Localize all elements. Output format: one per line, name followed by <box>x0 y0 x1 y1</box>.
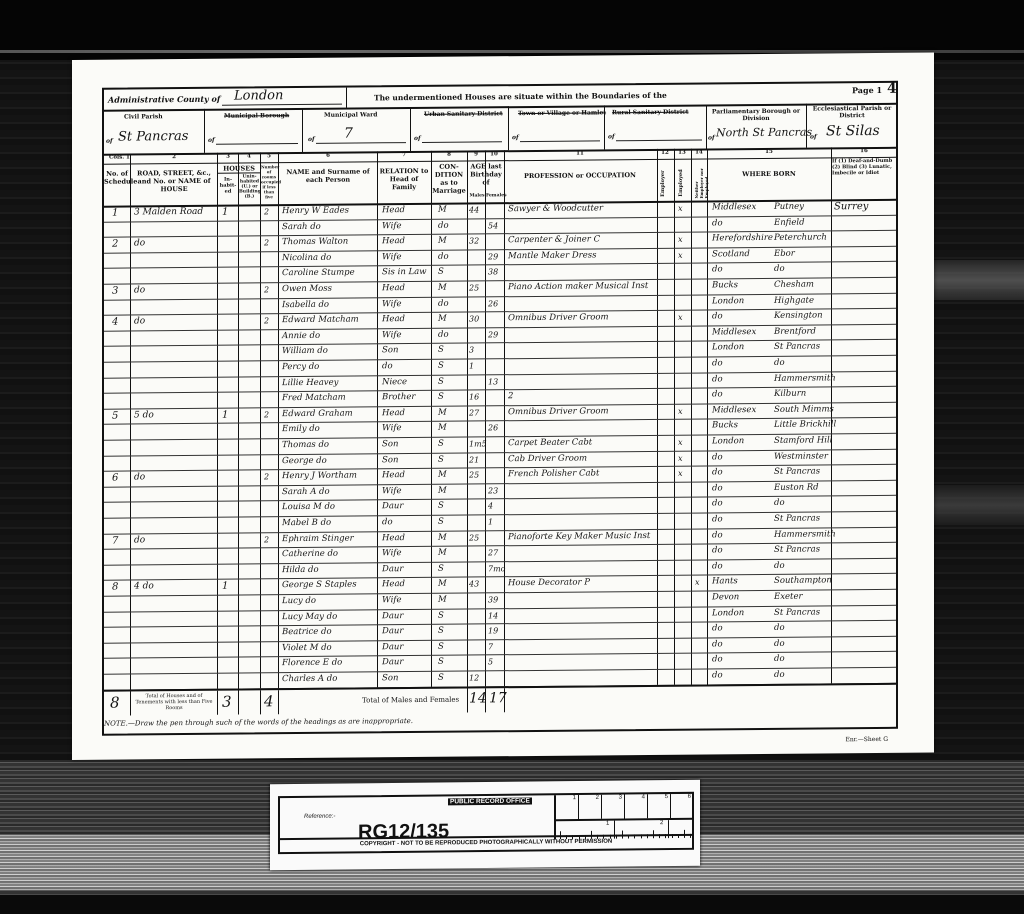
cell-cond: M <box>438 281 447 296</box>
cell-rel: Head <box>382 312 405 327</box>
cell-born1: do <box>712 622 723 637</box>
cell-cond: S <box>438 390 444 405</box>
cell-born2: do <box>774 559 785 574</box>
cell-rel: Wife <box>382 484 401 499</box>
cell-born2: Highgate <box>774 293 814 308</box>
column-number: 3 <box>220 154 236 161</box>
cell-name: Isabella do <box>282 297 329 312</box>
column-number: 14 <box>691 149 707 156</box>
cell-f: 26 <box>488 421 498 436</box>
cell-rooms: 2 <box>264 204 269 219</box>
cell-born1: do <box>712 450 723 465</box>
cell-cond: S <box>438 608 444 623</box>
total-houses-inhabited: 3 <box>222 693 232 711</box>
cell-cond: M <box>438 406 447 421</box>
cell-cond: do <box>438 250 449 265</box>
cell-born2: do <box>774 652 785 667</box>
cell-sched: 4 <box>112 315 118 330</box>
total-schedules: 8 <box>110 694 120 712</box>
cell-name: Sarah A do <box>282 485 330 500</box>
cell-name: Fred Matcham <box>282 391 346 407</box>
cell-born2: Brentford <box>774 324 816 339</box>
divider <box>346 88 347 108</box>
cell-cond: do <box>438 218 449 233</box>
cell-m: 3 <box>469 343 474 358</box>
cell-m: 27 <box>469 405 479 420</box>
cell-born2: St Pancras <box>774 511 820 526</box>
total-males: 14 <box>469 690 487 706</box>
cell-cond: S <box>438 437 444 452</box>
cell-name: William do <box>282 344 328 359</box>
cell-cond: M <box>438 421 447 436</box>
cell-rel: Wife <box>382 593 401 608</box>
cell-rel: Head <box>382 531 405 546</box>
col-uninhabited-header: Unin-habited (U.) or Building (B.) <box>239 174 260 199</box>
cell-cond: M <box>438 312 447 327</box>
cell-born2: South Mimms <box>774 402 834 418</box>
cell-name: Louisa M do <box>282 500 335 515</box>
column-number: 9 <box>468 151 484 158</box>
persons-total-label: Total of Males and Females <box>362 697 459 705</box>
cell-cond: S <box>438 671 444 686</box>
cell-cond: S <box>438 359 444 374</box>
cell-rel: Head <box>382 203 405 218</box>
footer-note: NOTE.—Draw the pen through such of the w… <box>104 717 413 728</box>
ecclesiastical-parish-label: Ecclesiastical Parish or District <box>808 105 896 120</box>
cell-occ: Piano Action maker Musical Inst <box>508 279 648 295</box>
cell-born1: do <box>712 512 723 527</box>
ecclesiastical-parish-value: St Silas <box>826 123 880 139</box>
column-number: 16 <box>856 148 872 155</box>
underline <box>422 141 502 143</box>
cell-m: 1m5 <box>469 436 487 451</box>
civil-parish-value: St Pancras <box>118 129 188 145</box>
cell-occ: Mantle Maker Dress <box>508 248 596 264</box>
cell-rel: Niece <box>382 375 407 390</box>
col-birthplace-header: WHERE BORN <box>708 169 830 178</box>
cell-born2: Enfield <box>774 215 805 230</box>
scan-edge <box>0 895 1024 914</box>
scale-mark: 2 <box>579 795 602 819</box>
column-number: 2 <box>166 154 182 161</box>
scale-mark: 4 <box>625 794 648 818</box>
col-occupation-header: PROFESSION or OCCUPATION <box>506 171 654 180</box>
cell-neither: x <box>695 575 700 590</box>
cell-occ: Carpet Beater Cabt <box>508 435 592 451</box>
cell-name: Nicolina do <box>282 251 331 266</box>
cell-rel: Daur <box>382 609 403 624</box>
cell-addr: 4 do <box>134 580 154 595</box>
cell-cond: do <box>438 296 449 311</box>
cell-sched: 6 <box>112 471 118 486</box>
cell-name: Henry W Eades <box>282 204 349 220</box>
cell-occ: Cab Driver Groom <box>508 451 587 467</box>
column-number: 4 <box>241 153 257 160</box>
cell-born1: do <box>712 497 723 512</box>
cell-born1: do <box>712 263 723 278</box>
of-label: of <box>308 136 315 143</box>
town-village-label: Town or Village or Hamlet <box>518 109 606 117</box>
divider <box>278 690 279 714</box>
census-form: Administrative County of London The unde… <box>102 81 898 736</box>
cell-empd: x <box>678 232 683 247</box>
cell-rel: Head <box>382 468 405 483</box>
reference-card: PUBLIC RECORD OFFICE Reference:- RG12/13… <box>270 780 700 871</box>
cell-m: 43 <box>469 577 479 592</box>
cell-name: Lillie Heavey <box>282 375 338 390</box>
divider <box>260 690 261 714</box>
cell-born1: Bucks <box>712 278 738 293</box>
col-rooms-header: Number of rooms occupied if less than fi… <box>261 164 277 199</box>
cell-rel: Brother <box>382 390 415 405</box>
cell-name: Percy do <box>282 360 319 375</box>
header-statement: The undermentioned Houses are situate wi… <box>374 91 667 103</box>
cell-born1: Bucks <box>712 419 738 434</box>
cell-cond: M <box>438 546 447 561</box>
cell-name: Florence E do <box>282 656 342 672</box>
column-number: Cols. 1 <box>109 155 125 162</box>
column-number: 10 <box>486 151 502 158</box>
urban-sanitary-label: Urban Sanitary District <box>424 110 503 118</box>
cell-name: Charles A do <box>282 672 337 687</box>
col-employed-header: Employed <box>678 163 684 197</box>
column-number: 12 <box>657 150 673 157</box>
cell-born2: Stamford Hill <box>774 433 832 449</box>
cell-cond: S <box>438 343 444 358</box>
cell-cond: M <box>438 468 447 483</box>
of-label: of <box>208 137 215 144</box>
cell-born1: do <box>712 544 723 559</box>
cell-cond: S <box>438 562 444 577</box>
scale-mark: 6 <box>671 794 694 818</box>
cell-addr: 5 do <box>134 408 154 423</box>
cell-occ: Omnibus Driver Groom <box>508 404 609 420</box>
cell-born1: Herefordshire <box>712 231 773 247</box>
copyright-notice: COPYRIGHT - NOT TO BE REPRODUCED PHOTOGR… <box>280 834 692 852</box>
cell-born1: do <box>712 356 723 371</box>
cell-addr: do <box>134 315 145 330</box>
census-table: 13 Malden Road12Henry W EadesHeadM44Sawy… <box>104 199 896 690</box>
cell-born2: St Pancras <box>774 543 820 558</box>
column-number: 13 <box>674 150 690 157</box>
cell-name: Mabel B do <box>282 516 331 531</box>
cell-rooms: 2 <box>264 313 269 328</box>
cell-f: 19 <box>488 623 498 638</box>
cell-f: 7 <box>488 639 493 654</box>
cell-rel: Wife <box>382 422 401 437</box>
cell-name: Beatrice do <box>282 625 332 640</box>
col-relation-header: RELATION to Head of Family <box>378 167 430 191</box>
cell-born1: London <box>712 606 744 621</box>
scale-mark: 5 <box>648 794 671 818</box>
of-label: of <box>414 135 421 142</box>
cell-empd: x <box>678 247 683 262</box>
cell-addr: do <box>134 533 145 548</box>
cell-sched: 8 <box>112 580 118 595</box>
column-number: 6 <box>320 153 336 160</box>
col-houses-header: HOUSES <box>218 164 260 173</box>
cell-rel: Son <box>382 671 398 686</box>
cell-m: 44 <box>469 202 479 217</box>
cell-born1: Hants <box>712 575 738 590</box>
cell-name: Lucy do <box>282 594 316 609</box>
col-infirmity-header: If (1) Deaf-and-Dumb (2) Blind (3) Lunat… <box>832 158 898 177</box>
cell-rel: Daur <box>382 640 403 655</box>
cell-cond: M <box>438 530 447 545</box>
scale-inches: 123456 <box>556 794 694 821</box>
civil-parish-label: Civil Parish <box>124 113 163 120</box>
column-number: 11 <box>572 150 588 157</box>
cell-sched: 5 <box>112 408 118 423</box>
cell-born2: Westminster <box>774 449 828 464</box>
cell-name: Ephraim Stinger <box>282 531 354 547</box>
page-label: Page 1 <box>852 85 882 95</box>
cell-name: George S Staples <box>282 578 357 594</box>
reference-label: Reference:- <box>304 814 335 820</box>
divider <box>410 107 411 151</box>
cell-name: Emily do <box>282 422 320 437</box>
col-condition-header: CON-DITION as to Marriage <box>432 163 466 195</box>
cell-occ: Carpenter & Joiner C <box>508 233 600 249</box>
total-females: 17 <box>489 690 507 706</box>
scan-band <box>930 485 1024 525</box>
divider <box>130 691 131 715</box>
cell-name: Annie do <box>282 329 320 344</box>
cell-m: 1 <box>469 358 474 373</box>
col-age-header: AGE last Birthday of <box>468 162 504 186</box>
cell-born1: do <box>712 388 723 403</box>
cell-born1: London <box>712 434 744 449</box>
cell-name: Catherine do <box>282 547 338 562</box>
cell-empd: x <box>678 466 683 481</box>
cell-born2: Euston Rd <box>774 480 819 495</box>
of-label: of <box>608 133 615 140</box>
cell-sched: 7 <box>112 533 118 548</box>
cell-born2: Kensington <box>774 309 823 324</box>
cell-name: Violet M do <box>282 641 332 656</box>
cell-cond: M <box>438 593 447 608</box>
of-label: of <box>708 134 715 141</box>
cell-cond: do <box>438 328 449 343</box>
cell-born2: Peterchurch <box>774 231 827 246</box>
cell-addr: do <box>134 471 145 486</box>
cell-f: 39 <box>488 592 498 607</box>
cell-rel: Son <box>382 437 398 452</box>
cell-born1: do <box>712 216 723 231</box>
column-number: 7 <box>396 152 412 159</box>
cell-rel: Wife <box>382 250 401 265</box>
col-employer-header: Employer <box>660 163 666 197</box>
cell-born1: do <box>712 372 723 387</box>
scale-mark: 1 <box>556 795 579 819</box>
cell-m: 25 <box>469 530 479 545</box>
cell-occ: Sawyer & Woodcutter <box>508 201 603 217</box>
col-schedule-header: No. of Schedule <box>104 169 130 185</box>
of-label: of <box>106 138 113 145</box>
divider <box>238 691 239 715</box>
cell-m: 16 <box>469 390 479 405</box>
cell-f: 7mo <box>488 561 506 576</box>
cell-born2: St Pancras <box>774 605 820 620</box>
cell-rel: do <box>382 515 393 530</box>
cell-cond: M <box>438 484 447 499</box>
divider <box>467 689 468 713</box>
cell-name: Edward Matcham <box>282 313 359 329</box>
cell-rel: Wife <box>382 328 401 343</box>
cell-f: 38 <box>488 265 498 280</box>
underline <box>616 140 702 142</box>
cell-m: 32 <box>469 234 479 249</box>
folio-number: 4 <box>887 81 897 97</box>
cell-rel: Wife <box>382 219 401 234</box>
cell-f: 27 <box>488 545 498 560</box>
cell-rel: Head <box>382 281 405 296</box>
cell-rel: Daur <box>382 562 403 577</box>
cell-born2: Little Brickhill <box>774 418 836 434</box>
cell-rel: Daur <box>382 499 403 514</box>
cell-born1: Middlesex <box>712 325 756 340</box>
cell-f: 29 <box>488 249 498 264</box>
col-inhabited-header: In-habit-ed <box>218 177 238 195</box>
cell-inhab: 1 <box>222 579 228 594</box>
cell-empd: x <box>678 403 683 418</box>
cell-born2: do <box>774 262 785 277</box>
cell-born2: do <box>774 356 785 371</box>
cell-cond: S <box>438 640 444 655</box>
cell-f: 1 <box>488 514 493 529</box>
census-page: Administrative County of London The unde… <box>72 52 934 760</box>
cell-born1: do <box>712 653 723 668</box>
scale-label: 2 <box>660 820 663 826</box>
cell-sched: 2 <box>112 237 118 252</box>
cell-cond: M <box>438 577 447 592</box>
cell-born2: do <box>774 668 785 683</box>
cell-inhab: 1 <box>222 407 228 422</box>
col-name-header: NAME and Surname of each Person <box>279 167 377 184</box>
cell-born1: do <box>712 528 723 543</box>
cell-born1: do <box>712 481 723 496</box>
cell-cond: S <box>438 655 444 670</box>
cell-f: 13 <box>488 374 498 389</box>
cell-born2: Putney <box>774 200 804 215</box>
cell-cond: S <box>438 452 444 467</box>
cell-rooms: 2 <box>264 469 269 484</box>
admin-county-value: London <box>234 88 283 103</box>
cell-cond: S <box>438 624 444 639</box>
cell-name: Hilda do <box>282 563 319 578</box>
cell-sched: 3 <box>112 284 118 299</box>
houses-total-label: Total of Houses and of Tenements with le… <box>134 693 214 712</box>
cell-f: 14 <box>488 608 498 623</box>
cell-occ: Omnibus Driver Groom <box>508 311 609 327</box>
cell-m: 25 <box>469 280 479 295</box>
divider <box>604 105 605 149</box>
cell-f: 23 <box>488 483 498 498</box>
cell-born1: Devon <box>712 590 739 605</box>
cell-rooms: 2 <box>264 407 269 422</box>
cell-born1: London <box>712 341 744 356</box>
cell-cond: M <box>438 234 447 249</box>
parliamentary-borough-value: North St Pancras <box>716 126 812 140</box>
column-number: 5 <box>261 153 277 160</box>
divider <box>508 106 509 150</box>
cell-born1: London <box>712 294 744 309</box>
divider <box>302 108 303 152</box>
cell-cond: M <box>438 203 447 218</box>
cell-rel: do <box>382 359 393 374</box>
cell-occ: House Decorator P <box>508 576 590 592</box>
cell-name: Sarah do <box>282 219 321 234</box>
cell-born1: do <box>712 637 723 652</box>
cell-born2: do <box>774 496 785 511</box>
cell-rel: Son <box>382 344 398 359</box>
cell-empd: x <box>678 310 683 325</box>
of-label: of <box>810 134 817 141</box>
cell-born1: do <box>712 466 723 481</box>
cell-born1: do <box>712 668 723 683</box>
cell-name: Henry J Wortham <box>282 469 357 485</box>
cell-f: 29 <box>488 327 498 342</box>
cell-inhab: 1 <box>222 205 228 220</box>
column-headers: Cols. 12345678910111213141516 No. of Sch… <box>104 147 896 208</box>
cell-occ: French Polisher Cabt <box>508 467 599 483</box>
cell-m: 30 <box>469 312 479 327</box>
cell-born2: St Pancras <box>774 465 820 480</box>
rural-sanitary-label: Rural Sanitary District <box>612 109 689 117</box>
cell-born1: Middlesex <box>712 200 756 215</box>
divider <box>217 691 218 715</box>
cell-name: Owen Moss <box>282 282 332 297</box>
cell-addr: 3 Malden Road <box>134 205 203 221</box>
cell-name: Thomas do <box>282 438 329 453</box>
cell-name: Lucy May do <box>282 609 337 624</box>
cell-name: Edward Graham <box>282 406 353 422</box>
cell-rel: Head <box>382 406 405 421</box>
underline <box>216 143 298 145</box>
cell-rel: Head <box>382 577 405 592</box>
cell-f: 4 <box>488 499 493 514</box>
cell-born1: Scotland <box>712 247 750 262</box>
cell-rel: Daur <box>382 655 403 670</box>
admin-county-label: Administrative County of <box>108 94 220 105</box>
cell-born2: Exeter <box>774 590 803 605</box>
scale-mark: 3 <box>602 795 625 819</box>
measurement-scale: 123456 12 <box>554 794 694 839</box>
col-address-header: ROAD, STREET, &c., and No. or NAME of HO… <box>131 169 217 194</box>
municipal-borough-label: Municipal Borough <box>224 112 289 120</box>
col-females-header: Females <box>486 192 504 200</box>
totals-row: 8 Total of Houses and of Tenements with … <box>104 683 896 716</box>
parliamentary-borough-label: Parliamentary Borough or Division <box>708 108 804 123</box>
cell-empd: x <box>678 450 683 465</box>
cell-empd: x <box>678 435 683 450</box>
cell-rel: Head <box>382 234 405 249</box>
municipal-ward-label: Municipal Ward <box>324 111 378 118</box>
cell-m: 12 <box>469 670 479 685</box>
cell-cond: S <box>438 515 444 530</box>
underline <box>316 142 406 144</box>
cell-inf: Surrey <box>834 199 868 214</box>
cell-born2: do <box>774 621 785 636</box>
cell-cond: S <box>438 499 444 514</box>
scan-band <box>930 260 1024 300</box>
cell-empd: x <box>678 201 683 216</box>
cell-cond: S <box>438 374 444 389</box>
cell-f: 26 <box>488 296 498 311</box>
cell-born2: Kilburn <box>774 387 806 402</box>
cell-rooms: 2 <box>264 282 269 297</box>
cell-m: 21 <box>469 452 479 467</box>
